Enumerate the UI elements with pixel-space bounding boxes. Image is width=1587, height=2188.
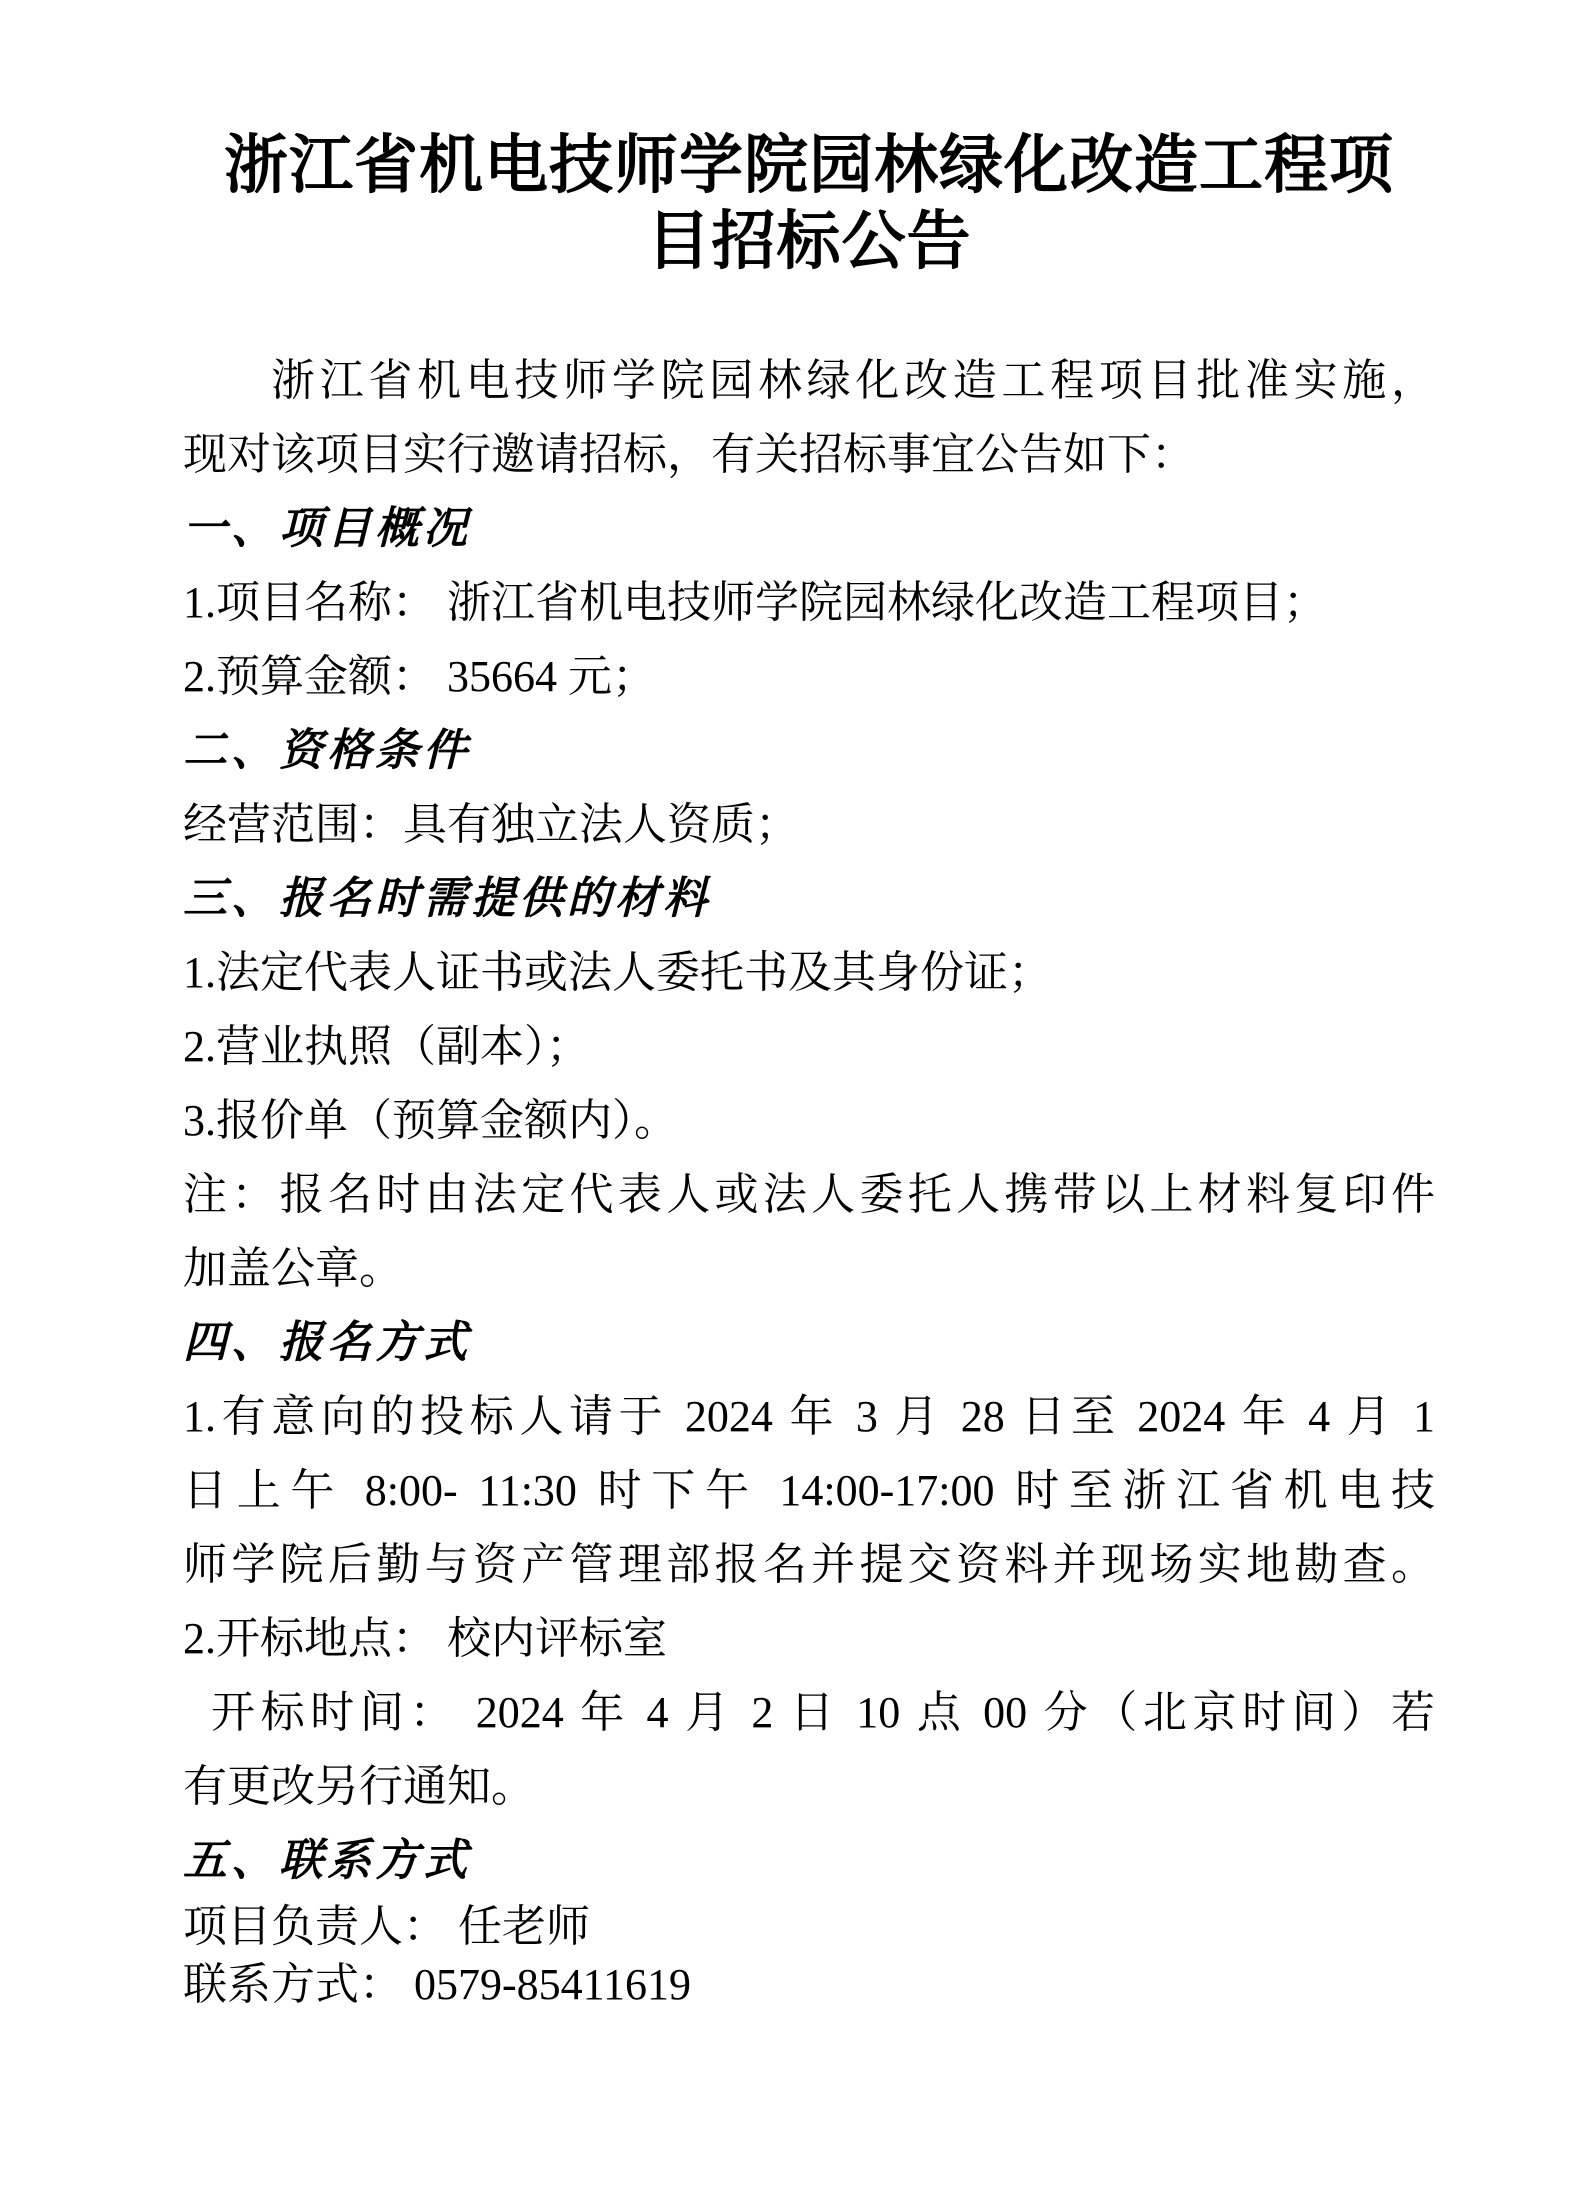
registration-line-1: 1.有意向的投标人请于 2024 年 3 月 28 日至 2024 年 4 月 … bbox=[183, 1380, 1435, 1454]
intro-paragraph-line-1: 浙江省机电技师学院园林绿化改造工程项目批准实施， bbox=[183, 344, 1435, 418]
bid-opening-place-line: 2.开标地点： 校内评标室 bbox=[183, 1602, 1435, 1676]
note-line-2: 加盖公章。 bbox=[183, 1232, 1435, 1306]
contact-person-line: 项目负责人： 任老师 bbox=[183, 1898, 1435, 1956]
section-heading-3-materials: 三、报名时需提供的材料 bbox=[183, 862, 1435, 936]
bid-opening-time-line-2: 有更改另行通知。 bbox=[183, 1750, 1435, 1824]
contact-phone-line: 联系方式： 0579-85411619 bbox=[183, 1956, 1435, 2014]
document-page: 浙江省机电技师学院园林绿化改造工程项 目招标公告 浙江省机电技师学院园林绿化改造… bbox=[0, 0, 1587, 2188]
document-title-line-2: 目招标公告 bbox=[183, 204, 1435, 280]
document-title-line-1: 浙江省机电技师学院园林绿化改造工程项 bbox=[183, 128, 1435, 204]
intro-paragraph-line-2: 现对该项目实行邀请招标，有关招标事宜公告如下： bbox=[183, 418, 1435, 492]
section-heading-4-registration: 四、报名方式 bbox=[183, 1306, 1435, 1380]
note-line-1: 注：报名时由法定代表人或法人委托人携带以上材料复印件 bbox=[183, 1158, 1435, 1232]
material-item-3-line: 3.报价单（预算金额内）。 bbox=[183, 1084, 1435, 1158]
material-item-2-line: 2.营业执照（副本）； bbox=[183, 1010, 1435, 1084]
document-title: 浙江省机电技师学院园林绿化改造工程项 目招标公告 bbox=[183, 128, 1435, 280]
document-body: 浙江省机电技师学院园林绿化改造工程项目批准实施， 现对该项目实行邀请招标，有关招… bbox=[183, 344, 1435, 2014]
registration-line-2: 日上午 8:00- 11:30 时下午 14:00-17:00 时至浙江省机电技 bbox=[183, 1454, 1435, 1528]
project-name-line: 1.项目名称： 浙江省机电技师学院园林绿化改造工程项目； bbox=[183, 566, 1435, 640]
material-item-1-line: 1.法定代表人证书或法人委托书及其身份证； bbox=[183, 936, 1435, 1010]
registration-line-3: 师学院后勤与资产管理部报名并提交资料并现场实地勘查。 bbox=[183, 1528, 1435, 1602]
section-heading-5-contact: 五、联系方式 bbox=[183, 1824, 1435, 1898]
section-heading-1-overview: 一、项目概况 bbox=[183, 492, 1435, 566]
bid-opening-time-line-1: 开标时间： 2024 年 4 月 2 日 10 点 00 分（北京时间）若 bbox=[183, 1676, 1435, 1750]
section-heading-2-qualification: 二、资格条件 bbox=[183, 714, 1435, 788]
budget-amount-line: 2.预算金额： 35664 元； bbox=[183, 640, 1435, 714]
business-scope-line: 经营范围：具有独立法人资质； bbox=[183, 788, 1435, 862]
